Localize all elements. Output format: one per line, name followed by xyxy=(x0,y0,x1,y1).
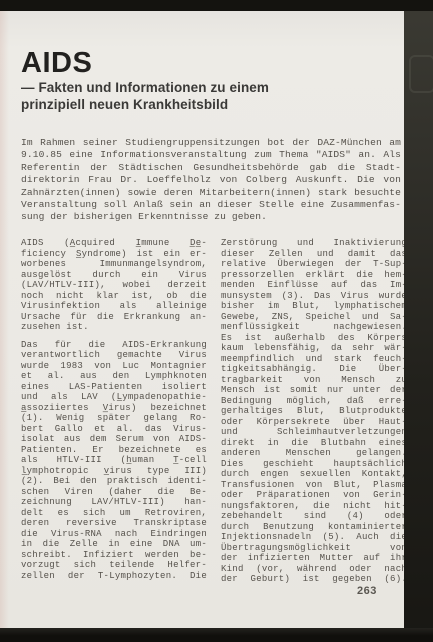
page-number: 263 xyxy=(357,585,377,597)
text-line: zellen der T-Lymphozyten. Die xyxy=(21,571,207,582)
scan-border-right xyxy=(404,0,433,642)
text-line: eines LAS-Patienten isoliert xyxy=(21,382,207,393)
text-line: in die Zelle in eine DNA um- xyxy=(21,539,207,550)
text-line: gerhaltiges Blut, Blutprodukte xyxy=(221,406,407,417)
text-line: schreibt. Infiziert werden be- xyxy=(21,550,207,561)
text-line: ausgelöst durch ein Virus xyxy=(21,270,207,281)
text-line: AIDS (A̲cquired I̲mmune D̲e̲- xyxy=(21,238,207,249)
text-line: 9.10.85 eine Informationsveranstaltung z… xyxy=(21,149,401,161)
text-line: munsystem (3). Das Virus wurde xyxy=(221,291,407,302)
text-line: Im Rahmen seiner Studiengruppensitzungen… xyxy=(21,137,401,149)
text-line: Kind (vor, während oder nach xyxy=(221,564,407,575)
text-line: delt es sich um Retroviren, xyxy=(21,508,207,519)
text-line: Transfusionen von Blut, Plasma xyxy=(221,480,407,491)
text-line: Übertragungsmöglichkeit von xyxy=(221,543,407,554)
body-column-left: AIDS (A̲cquired I̲mmune D̲e̲-ficiency S̲… xyxy=(21,238,207,585)
text-line: direkt in die Blutbahn eines xyxy=(221,438,407,449)
text-line: der infizierten Mutter auf ihr xyxy=(221,553,407,564)
text-line: Dies geschieht hauptsächlich xyxy=(221,459,407,470)
text-line: bert Gallo et al. das Virus- xyxy=(21,424,207,435)
text-line: (1). Wenig später gelang Ro- xyxy=(21,413,207,424)
scan-artifact xyxy=(409,55,433,93)
text-line: dieser Zellen und damit das xyxy=(221,249,407,260)
text-line: oder Präparationen von Gerin- xyxy=(221,490,407,501)
text-line: Patienten. Er bezeichnete es xyxy=(21,445,207,456)
intro-last-line: sung der bisherigen Erkenntnisse zu gebe… xyxy=(21,211,401,223)
text-line: kaum lebensfähig, da sehr wär- xyxy=(221,343,407,354)
text-line: (LAV/HTLV-III), wobei derzeit xyxy=(21,280,207,291)
text-line: Injektionsnadeln (5). Auch die xyxy=(221,532,407,543)
text-line: als HTLV-III (h̲uman T̲-cell xyxy=(21,455,207,466)
text-line: vorzugt sich teilende Helfer- xyxy=(21,560,207,571)
text-line: durch engen sexuellen Kontakt, xyxy=(221,469,407,480)
text-line: Veranstaltung soll Anlaß sein an dieser … xyxy=(21,199,401,211)
text-line: Mensch ist somit nur unter der xyxy=(221,385,407,396)
text-line: wurde 1983 von Luc Montagnier xyxy=(21,361,207,372)
body-columns: AIDS (A̲cquired I̲mmune D̲e̲-ficiency S̲… xyxy=(21,238,407,585)
scan-border-bottom xyxy=(0,628,433,642)
text-line: a̲ssoziiertes V̲irus) bezeichnet xyxy=(21,403,207,414)
text-line: direktorin Frau Dr. Loeffelholz von Colb… xyxy=(21,174,401,186)
text-line: Es ist außerhalb des Körpers xyxy=(221,333,407,344)
text-line: menden Einflüsse auf das Im- xyxy=(221,280,407,291)
text-line: Ursache für die Erkrankung an- xyxy=(21,312,207,323)
text-line: worbenes Immunmangelsyndrom, xyxy=(21,259,207,270)
article-title: AIDS xyxy=(21,47,92,80)
scan-border-top xyxy=(0,0,433,11)
text-line: verantwortlich gemachte Virus xyxy=(21,350,207,361)
text-line: tragbarkeit von Mensch zu xyxy=(221,375,407,386)
text-line: Zahnärzten(innen) sowie deren Mitarbeite… xyxy=(21,187,401,199)
text-line: der Geburt) ist gegeben (6). xyxy=(221,574,407,585)
text-line: zebehandelt sind (4) oder xyxy=(221,511,407,522)
text-line: und Schleimhautverletzungen xyxy=(221,427,407,438)
text-line: relative Überwiegen der T-Sup- xyxy=(221,259,407,270)
text-line: deren reversive Transkriptase xyxy=(21,518,207,529)
text-line: oder Körpersekrete über Haut- xyxy=(221,417,407,428)
text-line: Bedingung möglich, daß erre- xyxy=(221,396,407,407)
text-line: Gewebe, ZNS, Speichel und Sa- xyxy=(221,312,407,323)
text-line: Virusinfektion als alleinige xyxy=(21,301,207,312)
text-line: Zerstörung und Inaktivierung xyxy=(221,238,407,249)
right-paragraph: Zerstörung und Inaktivierungdieser Zelle… xyxy=(221,238,407,585)
intro-paragraph: Im Rahmen seiner Studiengruppensitzungen… xyxy=(21,137,401,224)
text-line: Das für die AIDS-Erkrankung xyxy=(21,340,207,351)
text-line: tigkeitsabhängig. Die Über- xyxy=(221,364,407,375)
intro-lines: Im Rahmen seiner Studiengruppensitzungen… xyxy=(21,137,401,211)
text-line: meempfindlich und stark feuch- xyxy=(221,354,407,365)
text-line: isolat aus dem Serum von AIDS- xyxy=(21,434,207,445)
text-line: ficiency S̲yndrome) ist ein er- xyxy=(21,249,207,260)
article-subtitle: — Fakten und Informationen zu einem prin… xyxy=(21,80,391,113)
text-line: zeichnung LAV/HTLV-III) han- xyxy=(21,497,207,508)
left-paragraph-1: AIDS (A̲cquired I̲mmune D̲e̲-ficiency S̲… xyxy=(21,238,207,322)
text-line: anderen Menschen gelangen. xyxy=(221,448,407,459)
body-column-right: Zerstörung und Inaktivierungdieser Zelle… xyxy=(221,238,407,585)
text-line: (2). Bei den praktisch identi- xyxy=(21,476,207,487)
text-line: die Virus-RNA nach Eindringen xyxy=(21,529,207,540)
page-paper: AIDS — Fakten und Informationen zu einem… xyxy=(0,11,405,628)
text-line: pressorzellen erklärt die hem- xyxy=(221,270,407,281)
text-line: l̲ymphotropic v̲irus type III) xyxy=(21,466,207,477)
text-line: Referentin der Städtischen Gesundheitsbe… xyxy=(21,162,401,174)
scanned-page: AIDS — Fakten und Informationen zu einem… xyxy=(0,0,433,642)
text-line: durch Benutzung kontaminierter xyxy=(221,522,407,533)
text-line: menflüssigkeit nachgewiesen. xyxy=(221,322,407,333)
text-line: et al. aus den Lymphknoten xyxy=(21,371,207,382)
text-line: nungsfaktoren, die nicht hit- xyxy=(221,501,407,512)
left-paragraph-1-last-line: zusehen ist. xyxy=(21,322,207,333)
text-line: schen Viren (daher die Be- xyxy=(21,487,207,498)
text-line: und als LAV (L̲ympadenopathie- xyxy=(21,392,207,403)
text-line: bisher im Blut, lymphatischem xyxy=(221,301,407,312)
text-line: noch nicht klar ist, ob die xyxy=(21,291,207,302)
left-paragraph-2: Das für die AIDS-Erkrankungverantwortlic… xyxy=(21,340,207,582)
